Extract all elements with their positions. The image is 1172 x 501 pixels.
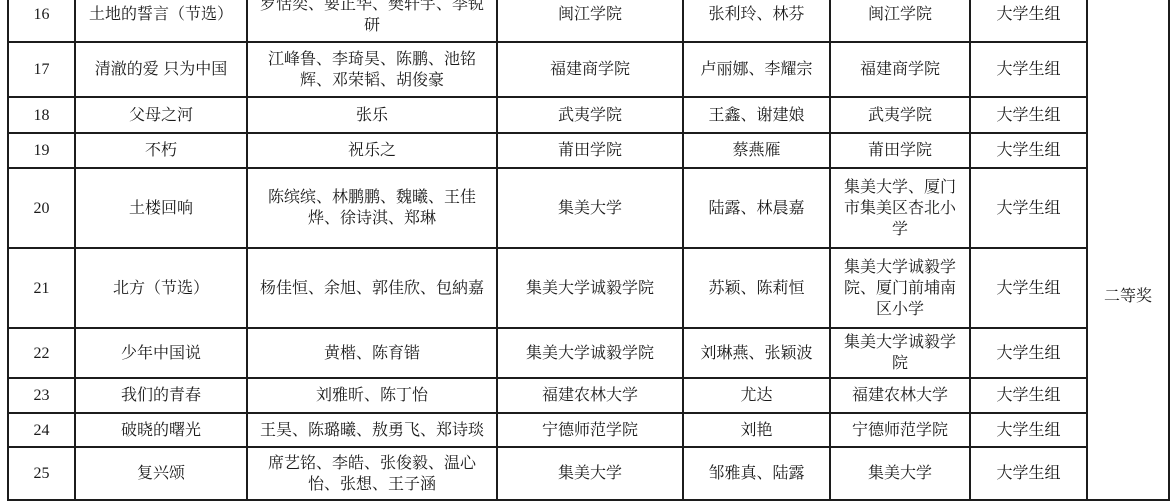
work-title: 我们的青春 [75, 378, 247, 413]
group-category: 大学生组 [970, 0, 1087, 42]
directors: 张利玲、林芬 [683, 0, 830, 42]
row-number: 18 [8, 97, 75, 133]
director-unit: 宁德师范学院 [830, 413, 970, 447]
group-category: 大学生组 [970, 413, 1087, 447]
performers: 张乐 [247, 97, 497, 133]
director-unit: 集美大学诚毅学院 [830, 328, 970, 378]
performers: 黄楷、陈育锴 [247, 328, 497, 378]
work-title: 父母之河 [75, 97, 247, 133]
school: 闽江学院 [497, 0, 683, 42]
director-unit: 莆田学院 [830, 133, 970, 168]
row-number: 23 [8, 378, 75, 413]
group-category: 大学生组 [970, 378, 1087, 413]
director-unit: 集美大学 [830, 447, 970, 500]
performers: 陈缤缤、林鹏鹏、魏曦、王佳烨、徐诗淇、郑琳 [247, 168, 497, 248]
school: 集美大学诚毅学院 [497, 248, 683, 328]
work-title: 复兴颂 [75, 447, 247, 500]
work-title: 破晓的曙光 [75, 413, 247, 447]
directors: 陆露、林晨嘉 [683, 168, 830, 248]
directors: 刘琳燕、张颖波 [683, 328, 830, 378]
performers: 江峰鲁、李琦昊、陈鹏、池铭辉、邓荣韬、胡俊豪 [247, 42, 497, 97]
row-number: 19 [8, 133, 75, 168]
directors: 尤达 [683, 378, 830, 413]
group-category: 大学生组 [970, 168, 1087, 248]
school: 集美大学 [497, 447, 683, 500]
work-title: 少年中国说 [75, 328, 247, 378]
performers: 席艺铭、李皓、张俊毅、温心怡、张想、王子涵 [247, 447, 497, 500]
table-row: 24破晓的曙光王昊、陈璐曦、敖勇飞、郑诗琰宁德师范学院刘艳宁德师范学院大学生组 [8, 413, 1169, 447]
group-category: 大学生组 [970, 97, 1087, 133]
school: 武夷学院 [497, 97, 683, 133]
directors: 卢丽娜、李耀宗 [683, 42, 830, 97]
work-title: 清澈的爱 只为中国 [75, 42, 247, 97]
table-row: 19不朽祝乐之莆田学院蔡燕雁莆田学院大学生组 [8, 133, 1169, 168]
directors: 邹雅真、陆露 [683, 447, 830, 500]
group-category: 大学生组 [970, 133, 1087, 168]
table-row: 18父母之河张乐武夷学院王鑫、谢建娘武夷学院大学生组 [8, 97, 1169, 133]
group-category: 大学生组 [970, 328, 1087, 378]
school: 集美大学诚毅学院 [497, 328, 683, 378]
work-title: 土地的誓言（节选） [75, 0, 247, 42]
row-number: 25 [8, 447, 75, 500]
director-unit: 武夷学院 [830, 97, 970, 133]
director-unit: 闽江学院 [830, 0, 970, 42]
award-level-label: 二等奖 [1094, 286, 1162, 307]
award-level-cell: 二等奖 [1087, 0, 1169, 500]
table-row: 20土楼回响陈缤缤、林鹏鹏、魏曦、王佳烨、徐诗淇、郑琳集美大学陆露、林晨嘉集美大… [8, 168, 1169, 248]
performers: 刘雅昕、陈丁怡 [247, 378, 497, 413]
performers: 王昊、陈璐曦、敖勇飞、郑诗琰 [247, 413, 497, 447]
school: 莆田学院 [497, 133, 683, 168]
school: 福建农林大学 [497, 378, 683, 413]
document-page: 16土地的誓言（节选）罗恬奕、要正华、樊轩宇、李锐研闽江学院张利玲、林芬闽江学院… [0, 0, 1172, 501]
performers: 罗恬奕、要正华、樊轩宇、李锐研 [247, 0, 497, 42]
table-row: 23我们的青春刘雅昕、陈丁怡福建农林大学尤达福建农林大学大学生组 [8, 378, 1169, 413]
table-row: 25复兴颂席艺铭、李皓、张俊毅、温心怡、张想、王子涵集美大学邹雅真、陆露集美大学… [8, 447, 1169, 500]
table-row: 16土地的誓言（节选）罗恬奕、要正华、樊轩宇、李锐研闽江学院张利玲、林芬闽江学院… [8, 0, 1169, 42]
performers: 杨佳恒、余旭、郭佳欣、包納嘉 [247, 248, 497, 328]
directors: 刘艳 [683, 413, 830, 447]
school: 集美大学 [497, 168, 683, 248]
work-title: 土楼回响 [75, 168, 247, 248]
table-row: 21北方（节选）杨佳恒、余旭、郭佳欣、包納嘉集美大学诚毅学院苏颖、陈莉恒集美大学… [8, 248, 1169, 328]
director-unit: 集美大学、厦门市集美区杏北小学 [830, 168, 970, 248]
director-unit: 集美大学诚毅学院、厦门前埔南区小学 [830, 248, 970, 328]
performers: 祝乐之 [247, 133, 497, 168]
work-title: 北方（节选） [75, 248, 247, 328]
director-unit: 福建商学院 [830, 42, 970, 97]
row-number: 24 [8, 413, 75, 447]
row-number: 17 [8, 42, 75, 97]
work-title: 不朽 [75, 133, 247, 168]
table-row: 22少年中国说黄楷、陈育锴集美大学诚毅学院刘琳燕、张颖波集美大学诚毅学院大学生组 [8, 328, 1169, 378]
row-number: 21 [8, 248, 75, 328]
school: 宁德师范学院 [497, 413, 683, 447]
director-unit: 福建农林大学 [830, 378, 970, 413]
row-number: 22 [8, 328, 75, 378]
school: 福建商学院 [497, 42, 683, 97]
row-number: 16 [8, 0, 75, 42]
group-category: 大学生组 [970, 248, 1087, 328]
group-category: 大学生组 [970, 42, 1087, 97]
directors: 蔡燕雁 [683, 133, 830, 168]
row-number: 20 [8, 168, 75, 248]
directors: 王鑫、谢建娘 [683, 97, 830, 133]
table-row: 17清澈的爱 只为中国江峰鲁、李琦昊、陈鹏、池铭辉、邓荣韬、胡俊豪福建商学院卢丽… [8, 42, 1169, 97]
directors: 苏颖、陈莉恒 [683, 248, 830, 328]
group-category: 大学生组 [970, 447, 1087, 500]
awards-table: 16土地的誓言（节选）罗恬奕、要正华、樊轩宇、李锐研闽江学院张利玲、林芬闽江学院… [7, 0, 1170, 501]
